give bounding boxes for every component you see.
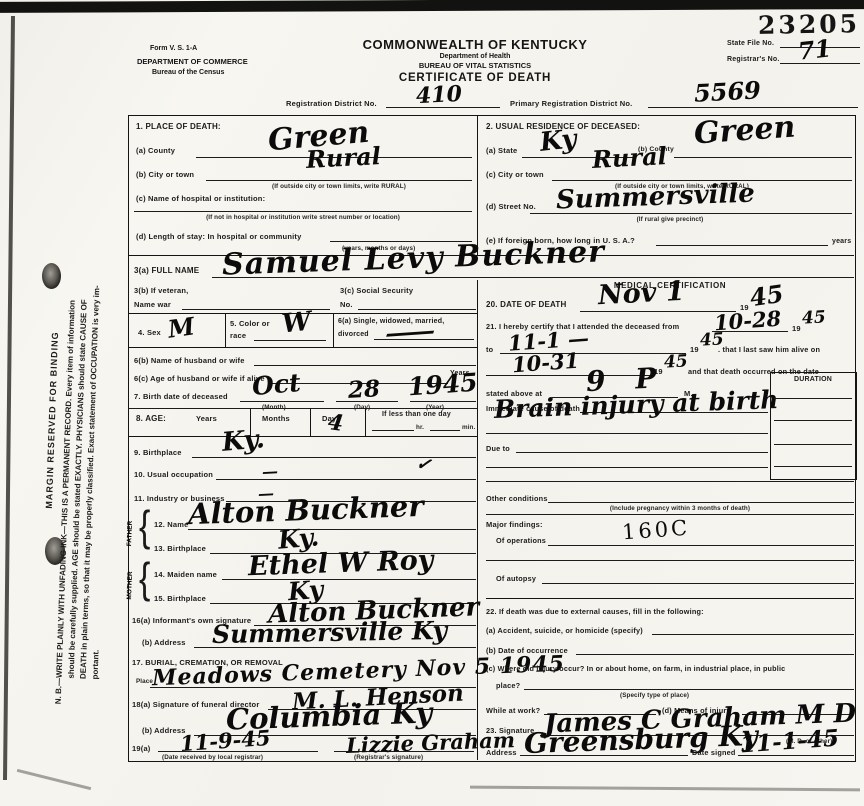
age-bottom xyxy=(128,436,477,437)
divider-columns xyxy=(477,280,478,760)
res-city-value: Rural xyxy=(591,144,667,172)
form-number: Form V. S. 1-A xyxy=(150,45,197,52)
res-county-line xyxy=(674,157,852,158)
inf-addr-value: Summersville Ky xyxy=(212,618,447,647)
pd-county-label: (a) County xyxy=(136,146,175,155)
med-findings-label: Major findings: xyxy=(486,520,543,529)
med-lastseen-value: 10-31 xyxy=(511,350,579,376)
med-dod-value: Nov 1 xyxy=(597,278,685,309)
age-hr-line xyxy=(372,430,414,431)
father-brace: { xyxy=(139,503,150,552)
res-foreign-unit: years xyxy=(832,238,851,245)
primary-district-value: 5569 xyxy=(693,78,761,105)
med-acc-label: (a) Accident, suicide, or homicide (spec… xyxy=(486,626,643,635)
par-father-bp-label: 13. Birthplace xyxy=(154,544,206,553)
commonwealth-title: COMMONWEALTH OF KENTUCKY xyxy=(300,37,650,52)
med-blank-line1 xyxy=(486,467,768,468)
cell-sep-1 xyxy=(225,313,226,347)
dec-spouseage-label: 6(c) Age of husband or wife if alive xyxy=(134,374,265,383)
pd-city-note: (If outside city or town limits, write R… xyxy=(206,183,472,190)
pd-hospital-line xyxy=(134,211,472,212)
age-sep2 xyxy=(310,408,311,436)
med-operations-value: 160C xyxy=(621,516,691,545)
dec-sex-value: M xyxy=(166,314,196,341)
dec-marital-value: — xyxy=(383,318,437,346)
med-where-label2: place? xyxy=(496,681,520,690)
res-county-value: Green xyxy=(693,112,796,149)
res-state-value: Ky xyxy=(539,126,578,156)
dec-race-label: 5. Color or xyxy=(230,319,270,328)
par-mother-name-label: 14. Maiden name xyxy=(154,570,217,579)
med-operations-label: Of operations xyxy=(496,536,546,545)
med-datesigned-value: 11-1-45 xyxy=(739,727,839,757)
med-yr1-pre: 19 xyxy=(792,324,801,333)
med-autopsy-label: Of autopsy xyxy=(496,574,536,583)
certificate-title: CERTIFICATE OF DEATH xyxy=(300,72,650,84)
med-findings-blank xyxy=(486,560,854,561)
dept-commerce: DEPARTMENT OF COMMERCE xyxy=(137,57,248,66)
med-yr3-hw: 45 xyxy=(664,353,689,371)
med-operations-line xyxy=(548,545,854,546)
dec-race-value: W xyxy=(281,309,313,338)
med-autopsy-line xyxy=(542,583,854,584)
dec-birthmonth-value: Oct xyxy=(251,370,302,399)
med-external-title: 22. If death was due to external causes,… xyxy=(486,607,704,616)
dept-health: Department of Health xyxy=(300,53,650,60)
med-yr1-hw: 45 xyxy=(802,309,827,327)
dec-spouse-label: 6(b) Name of husband or wife xyxy=(134,356,245,365)
divider-sec12 xyxy=(477,115,478,255)
age-min-line xyxy=(430,430,460,431)
med-addr-label: Address xyxy=(486,748,517,757)
med-other-note: (Include pregnancy within 3 months of de… xyxy=(560,505,800,512)
dec-marital-label2: divorced xyxy=(338,331,369,338)
dec-occupation-mark1: — xyxy=(262,464,279,481)
res-state-label: (a) State xyxy=(486,146,517,155)
med-blank-line2 xyxy=(486,481,854,482)
med-yr2-pre: 19 xyxy=(690,345,699,354)
dec-race-line xyxy=(254,340,326,341)
med-acc-line xyxy=(652,634,854,635)
pd-city-value: Rural xyxy=(305,144,381,172)
dec-age-days-value: 4 xyxy=(327,411,345,435)
pd-title: 1. PLACE OF DEATH: xyxy=(136,122,221,131)
med-other-line xyxy=(548,502,854,503)
par-mother-name-value: Ethel W Roy xyxy=(248,547,434,580)
dur-line2 xyxy=(774,420,852,421)
med-due-line xyxy=(516,452,768,453)
dec-birthplace-value: Ky. xyxy=(221,426,266,456)
bureau-census: Bureau of the Census xyxy=(152,69,224,76)
pd-hospital-note: (If not in hospital or institution write… xyxy=(134,214,472,221)
dec-race-label2: race xyxy=(230,331,246,340)
reg-date-value: 11-9-45 xyxy=(179,727,271,754)
med-certify2a: to xyxy=(486,345,493,354)
dec-birthplace-line xyxy=(192,457,476,458)
duration-box xyxy=(770,372,857,480)
res-street-value: Summersville xyxy=(556,181,756,214)
dec-age-months: Months xyxy=(262,414,290,423)
med-certify2b: . that I last saw him alive on xyxy=(718,345,820,354)
dec-age-less: If less than one day xyxy=(382,411,451,418)
res-city-label: (c) City or town xyxy=(486,170,544,179)
registrars-label: Registrar's No. xyxy=(727,56,780,63)
dec-birthplace-label: 9. Birthplace xyxy=(134,448,182,457)
dur-line1 xyxy=(774,398,852,399)
dec-occupation-line xyxy=(216,479,476,480)
med-dod-label: 20. DATE OF DEATH xyxy=(486,300,566,309)
primary-district-line xyxy=(648,107,858,108)
dec-ssn-label: 3(c) Social Security xyxy=(340,286,413,295)
med-sec22-sep xyxy=(486,598,854,599)
state-file-label: State File No. xyxy=(727,40,774,47)
pd-city-line xyxy=(206,180,472,181)
med-where-label: (c) Where did injury occur? In or about … xyxy=(486,664,785,673)
pd-hospital-label: (c) Name of hospital or institution: xyxy=(136,194,265,203)
res-street-label: (d) Street No. xyxy=(486,202,536,211)
dec-birthday-value: 28 xyxy=(347,377,380,402)
age-sep3 xyxy=(365,408,366,436)
med-dateocc-label: (b) Date of occurrence xyxy=(486,646,568,655)
reg-district-value: 410 xyxy=(415,83,462,107)
inf-addr-label: (b) Address xyxy=(142,638,186,647)
registrars-value: 71 xyxy=(797,36,833,63)
med-where-note: (Specify type of place) xyxy=(620,692,689,699)
dec-age-hr: hr. xyxy=(416,424,424,431)
med-duration-label: DURATION xyxy=(771,376,855,383)
dec-birthmonth-line xyxy=(240,401,324,402)
dec-occupation-mark2: ✓ xyxy=(415,455,433,475)
reg-date-cap: (Date received by local registrar) xyxy=(162,754,263,761)
med-other-label: Other conditions xyxy=(486,494,548,503)
dec-veteran-label2: Name war xyxy=(134,300,171,309)
dur-line4 xyxy=(774,466,852,467)
reg-district-label: Registration District No. xyxy=(286,99,377,108)
row4-bottom xyxy=(128,347,477,348)
dec-age-label: 8. AGE: xyxy=(136,414,166,423)
par-mother-bp-label: 15. Birthplace xyxy=(154,594,206,603)
res-foreign-line xyxy=(656,245,828,246)
primary-district-label: Primary Registration District No. xyxy=(510,99,632,108)
dec-birthyear-value: 1945 xyxy=(407,370,478,400)
dec-sex-label: 4. Sex xyxy=(138,328,161,337)
dec-birthdate-label: 7. Birth date of deceased xyxy=(134,392,228,401)
dec-ssn-line xyxy=(358,309,476,310)
med-sep-line xyxy=(486,514,854,515)
reg-num-label: 19(a) xyxy=(132,744,151,753)
bureau-vital: BUREAU OF VITAL STATISTICS xyxy=(300,61,650,70)
med-cause-line2 xyxy=(486,433,768,434)
dec-spouse-line xyxy=(254,365,476,366)
dec-birthyear-line xyxy=(410,401,476,402)
pd-stay-label: (d) Length of stay: In hospital or commu… xyxy=(136,232,301,241)
dec-veteran-label: 3(b) If veteran, xyxy=(134,286,188,295)
med-from-value: 10-28 xyxy=(713,308,781,334)
dur-line3 xyxy=(774,444,852,445)
med-where-line xyxy=(524,689,854,690)
pd-city-label: (b) City or town xyxy=(136,170,194,179)
med-dateocc-line xyxy=(576,654,854,655)
dec-fullname-label: 3(a) FULL NAME xyxy=(134,266,199,275)
med-datesigned-label: Date signed xyxy=(692,748,736,757)
med-work-label: While at work? xyxy=(486,706,540,715)
med-due-label: Due to xyxy=(486,444,510,453)
reg-sig-cap: (Registrar's signature) xyxy=(354,754,423,761)
cell-sep-2 xyxy=(333,313,334,347)
dec-ssn-label2: No. xyxy=(340,300,353,309)
par-father-name-label: 12. Name xyxy=(154,520,189,529)
dec-occupation-label: 10. Usual occupation xyxy=(134,470,213,479)
dec-age-years: Years xyxy=(196,414,217,423)
mother-brace: { xyxy=(139,555,150,604)
dec-age-min: min. xyxy=(462,424,475,431)
bur-place-label: Place xyxy=(136,678,153,685)
res-street-note: (If rural give precinct) xyxy=(560,216,780,223)
age-top xyxy=(128,408,477,409)
